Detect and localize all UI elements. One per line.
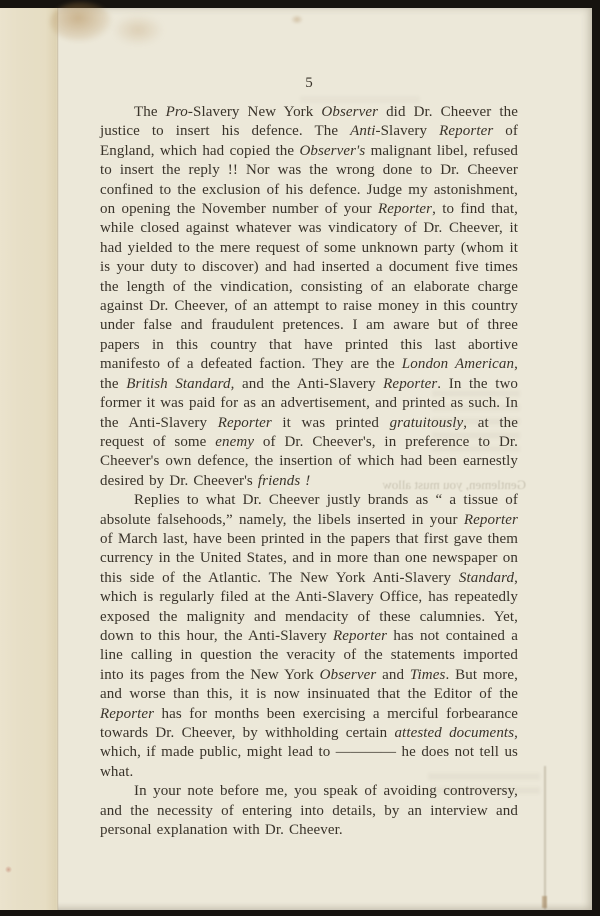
crease-mark bbox=[542, 896, 547, 908]
page-number: 5 bbox=[100, 74, 518, 93]
paragraph: In your note before me, you speak of avo… bbox=[100, 782, 518, 840]
page-fold-edge bbox=[0, 8, 58, 910]
fold-crease-line bbox=[57, 8, 59, 910]
crease bbox=[544, 766, 546, 910]
paragraph: Replies to what Dr. Cheever justly brand… bbox=[100, 491, 518, 782]
paragraph: The Pro-Slavery New York Observer did Dr… bbox=[100, 103, 518, 491]
text-block: The Pro-Slavery New York Observer did Dr… bbox=[100, 103, 518, 840]
bleed-through-text: Gentlemen, you must allow bbox=[358, 477, 526, 493]
scanned-document: 5 The Pro-Slavery New York Observer did … bbox=[0, 0, 600, 916]
